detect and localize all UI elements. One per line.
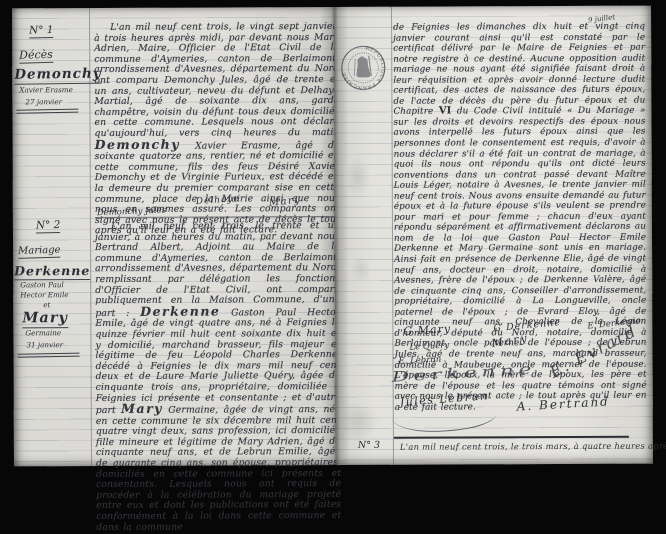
act2-text-part2: Gaston Paul Hector Emile, âgé de vingt q… [95, 307, 340, 416]
margin-entry-act1: N° 1 Décès Demonchy Xavier Erasme 27 jan… [12, 7, 334, 8]
act3-number: N° 3 [358, 440, 380, 451]
act2-text: L'an mil neuf cent trois, le trente et u… [95, 221, 341, 480]
act3-first-line: L'an mil neuf cent trois, le trois mars,… [400, 440, 666, 451]
act1-margin-closing-rule [16, 109, 78, 114]
act1-number: N° 1 [29, 24, 54, 39]
act1-text-part1: L'an mil neuf cent trois, le vingt sept … [94, 21, 339, 139]
act1-category: Décès [19, 48, 53, 64]
act2-category: Mariage [18, 245, 61, 259]
act1-surname: Demonchy [14, 66, 102, 85]
act1-given-names: Xavier Erasme [19, 85, 73, 94]
act2-cont-part1: de Feignies les dimanches dix huit et vi… [393, 22, 645, 117]
right-page: RÉPUBLIQUE FRANÇAISE 9 juillet de Feigni… [334, 6, 653, 465]
act2-number: N° 2 [36, 219, 61, 234]
act2-closing-rule [394, 436, 629, 439]
chapter-roman-numeral: VI [439, 106, 452, 117]
act2-given-groom-2: Hector Emile [20, 290, 68, 299]
act2-given-groom-1: Gaston Paul [20, 280, 64, 289]
act2-surname-groom: Derkenne [14, 263, 90, 280]
margin-entry-act2: N° 2 Mariage Derkenne Gaston Paul Hector… [12, 7, 334, 8]
paper-smudge [351, 257, 371, 283]
act2-text-part3: Germaine, âgée de vingt ans, née en cett… [96, 404, 341, 480]
signature-e-lebrun: E. Lebrun [398, 355, 441, 367]
act2-margin-closing-rule [17, 353, 79, 358]
page-gutter-shadow [320, 7, 350, 465]
act2-date: 31 janvier [26, 340, 63, 349]
act2-given-bride: Germaine [25, 328, 61, 337]
register-scan: N° 1 Décès Demonchy Xavier Erasme 27 jan… [12, 6, 653, 467]
act1-inline-surname: Demonchy [95, 136, 180, 151]
act2-surname-bride: Mary [22, 309, 68, 328]
act1-date: 27 janvier [25, 97, 62, 106]
act2-inline-surname-bride: Mary [121, 401, 163, 416]
act2-inline-surname-groom: Derkenne [140, 303, 220, 318]
signature-bride-mary: G Mary [403, 322, 451, 338]
left-page: N° 1 Décès Demonchy Xavier Erasme 27 jan… [12, 7, 336, 466]
act2-conjunction: et [43, 300, 50, 309]
